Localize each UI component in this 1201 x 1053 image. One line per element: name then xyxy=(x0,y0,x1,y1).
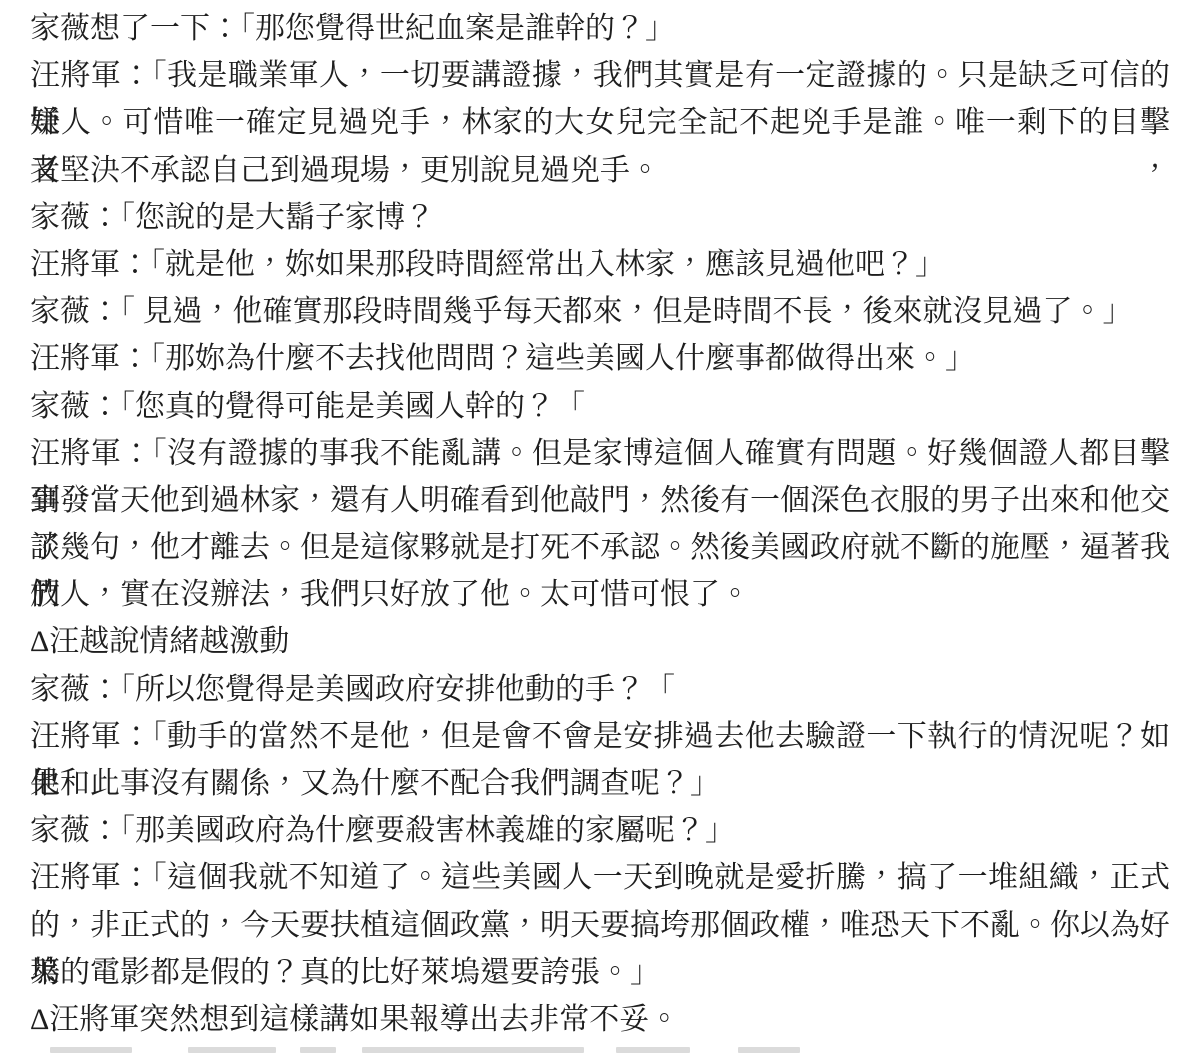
dialogue-line: 的，非正式的，今天要扶植這個政黨，明天要搞垮那個政權，唯恐天下不亂。你以為好萊 xyxy=(30,902,1170,949)
dialogue-line: 汪將軍：「動手的當然不是他，但是會不會是安排過去他去驗證一下執行的情況呢？如果 xyxy=(30,713,1170,760)
dialogue-line: Δ汪將軍突然想到這樣講如果報導出去非常不妥。 xyxy=(30,996,1170,1043)
dialogue-lines-container: 家薇想了一下：「那您覺得世紀血案是誰幹的？」汪將軍：「我是職業軍人，一切要講證據… xyxy=(30,5,1170,1043)
dialogue-line: 放人，實在沒辦法，我們只好放了他。太可惜可恨了。 xyxy=(30,571,1170,618)
dialogue-line: 家薇：「您真的覺得可能是美國人幹的？「 xyxy=(30,383,1170,430)
dialogue-line: 家薇：「 見過，他確實那段時間幾乎每天都來，但是時間不長，後來就沒見過了。」 xyxy=(30,288,1170,335)
dialogue-line: 家薇：「您說的是大鬍子家博？ xyxy=(30,194,1170,241)
dialogue-line: Δ汪越說情緒越激動 xyxy=(30,618,1170,665)
dialogue-line: 汪將軍：「那妳為什麼不去找他問問？這些美國人什麼事都做得出來。」 xyxy=(30,335,1170,382)
transcript-page: 家薇想了一下：「那您覺得世紀血案是誰幹的？」汪將軍：「我是職業軍人，一切要講證據… xyxy=(30,5,1170,1043)
dialogue-line: 塢的電影都是假的？真的比好萊塢還要誇張。」 xyxy=(30,949,1170,996)
dialogue-line: 汪將軍：「我是職業軍人，一切要講證據，我們其實是有一定證據的。只是缺乏可信的嫌 xyxy=(30,52,1170,99)
dialogue-line: 家薇：「所以您覺得是美國政府安排他動的手？「 xyxy=(30,666,1170,713)
dialogue-line: 疑人。可惜唯一確定見過兇手，林家的大女兒完全記不起兇手是誰。唯一剩下的目擊者， xyxy=(30,99,1170,146)
dialogue-line: 家薇想了一下：「那您覺得世紀血案是誰幹的？」 xyxy=(30,5,1170,52)
dialogue-line: 汪將軍：「沒有證據的事我不能亂講。但是家博這個人確實有問題。好幾個證人都目擊到 xyxy=(30,430,1170,477)
dialogue-line: 家薇：「那美國政府為什麼要殺害林義雄的家屬呢？」 xyxy=(30,807,1170,854)
dialogue-line: 事發當天他到過林家，還有人明確看到他敲門，然後有一個深色衣服的男子出來和他交談 xyxy=(30,477,1170,524)
dialogue-line: 他和此事沒有關係，又為什麼不配合我們調查呢？」 xyxy=(30,760,1170,807)
dialogue-line: 汪將軍：「就是他，妳如果那段時間經常出入林家，應該見過他吧？」 xyxy=(30,241,1170,288)
clipped-next-line xyxy=(0,1046,1201,1053)
dialogue-line: 汪將軍：「這個我就不知道了。這些美國人一天到晚就是愛折騰，搞了一堆組織，正式 xyxy=(30,854,1170,901)
dialogue-line: 了幾句，他才離去。但是這傢夥就是打死不承認。然後美國政府就不斷的施壓，逼著我們 xyxy=(30,524,1170,571)
